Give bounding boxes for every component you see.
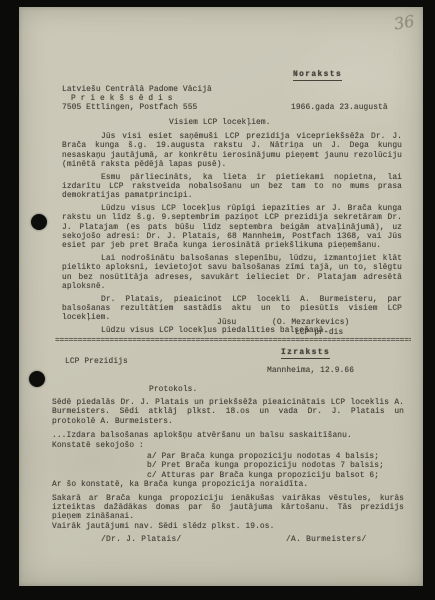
protocol-count-line1: ...Izdara balsošanas aplokšņu atvēršanu … <box>52 431 404 440</box>
protocol-close: Vairāk jautājumi nav. Sēdi slēdz plkst. … <box>52 522 404 531</box>
letter-date: 1966.gada 23.augustā <box>291 103 388 112</box>
extract-label: Izraksts <box>281 348 330 359</box>
protocol-letters-note: Sakarā ar Brača kunga propoziciju ienāku… <box>52 494 404 522</box>
vote-result-item: b/ Pret Brača kunga propoziciju nodotas … <box>147 461 404 470</box>
letter-paragraph: Esmu pārliecināts, ka lieta ir pietiekam… <box>62 173 402 201</box>
signature-left: /Dr. J. Platais/ <box>101 535 182 544</box>
salutation: Visiem LCP locekļiem. <box>169 118 271 127</box>
protocol-title: Protokols. <box>149 385 197 394</box>
closing-yours: Jūsu <box>217 318 236 327</box>
scanned-document-screenshot: { "colors":{ "bg":"#0b0b09", "paper":"#c… <box>0 0 435 600</box>
protocol-body: Sēdē piedalās Dr. J. Platais un priekšsē… <box>52 398 404 534</box>
protocol-attendance: Sēdē piedalās Dr. J. Platais un priekšsē… <box>52 398 404 426</box>
copy-label: Noraksts <box>293 70 342 81</box>
closing-name: (O. Mezarkevics) <box>272 318 349 327</box>
vote-result-item: c/ Atturas par Brača kunga propoziciju b… <box>147 471 404 480</box>
signature-right: /A. Burmeisters/ <box>286 535 367 544</box>
page-number-annotation: 36 <box>392 11 415 33</box>
letter-paragraph: Jūs visi esiet saņēmuši LCP prezidija vi… <box>62 132 402 170</box>
org-role: P r i e k š s ē d i s <box>71 94 173 103</box>
protocol-conclusion: Ar šo konstatē, ka Brača kunga propozici… <box>52 480 404 489</box>
extract-place-date: Mannheima, 12.9.66 <box>267 366 354 375</box>
vote-result-list: a/ Par Brača kunga propoziciju nodotas 4… <box>52 452 404 480</box>
vote-result-item: a/ Par Brača kunga propoziciju nodotas 4… <box>147 452 404 461</box>
letter-paragraph: Lai nodrošinātu balsošanas slepenību, lū… <box>62 254 402 292</box>
org-name: Latviešu Centrālā Padome Vācijā <box>62 85 212 94</box>
punch-hole-bottom <box>29 371 45 387</box>
typed-divider: ========================================… <box>55 336 411 345</box>
letter-paragraph: Lūdzu visus LCP locekļus rūpīgi iepazīti… <box>62 204 402 251</box>
letter-body: Jūs visi esiet saņēmuši LCP prezidija vi… <box>62 132 402 338</box>
document-page: 36 Noraksts Latviešu Centrālā Padome Vāc… <box>19 7 423 586</box>
protocol-count-line2: Konstatē sekojošo : <box>52 441 404 450</box>
punch-hole-top <box>31 214 47 230</box>
extract-org: LCP Prezidijs <box>65 357 128 366</box>
org-address: 7505 Ettlingen, Postfach 555 <box>62 103 197 112</box>
